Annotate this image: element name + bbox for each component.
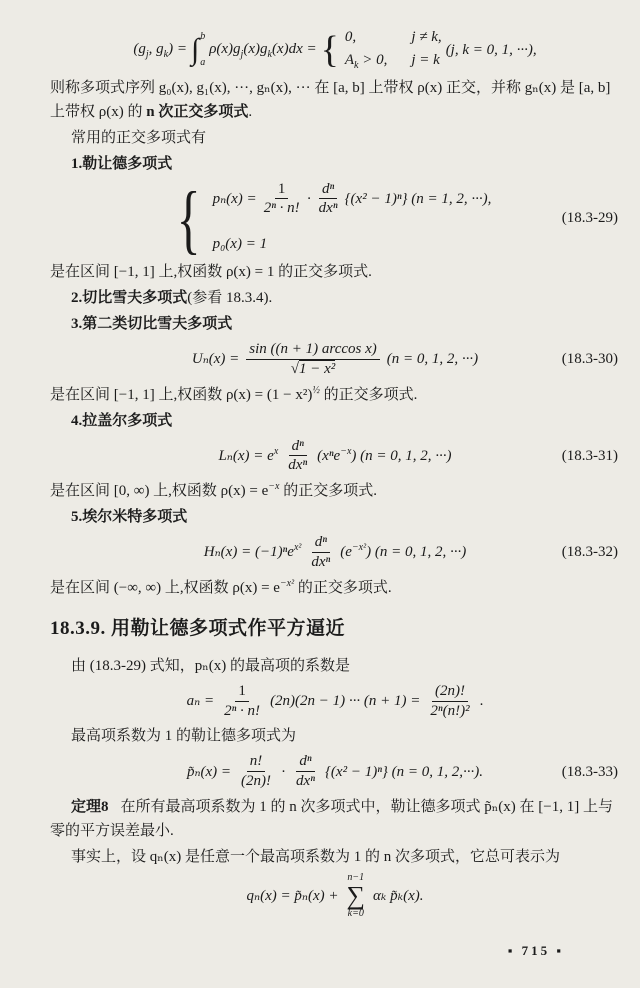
integral-limits: b a	[200, 32, 205, 68]
text-segment: 的正交多项式.	[294, 580, 392, 596]
fraction-numerator: n!	[247, 752, 266, 772]
text-segment: 的正交多项式.	[279, 483, 377, 499]
case1-value: 0,	[345, 28, 388, 48]
fraction-denominator: 2ⁿ(n!)²	[427, 702, 472, 721]
math-text: p̃ₙ(x) =	[187, 760, 231, 784]
item-chebyshev2-heading: 3.第二类切比雪夫多项式	[50, 312, 620, 336]
math-text: pₙ(x) =	[213, 187, 257, 211]
integral-lower-limit: a	[200, 58, 205, 68]
math-text: ) (n = 0, 1, 2, ···)	[351, 448, 451, 464]
exponent: ½	[312, 385, 320, 396]
fraction-denominator: dxⁿ	[308, 553, 333, 572]
fraction-numerator: dⁿ	[319, 180, 337, 200]
eq-lhs: (gj, gk) =	[133, 37, 187, 63]
math-text: Lₙ(x) = e	[218, 448, 273, 464]
fraction-derivative: dⁿdxⁿ	[285, 437, 310, 476]
cases-grid: 0, j ≠ k, Ak > 0, j = k	[345, 28, 442, 72]
item-laguerre-heading: 4.拉盖尔多项式	[50, 409, 620, 433]
math-text: Uₙ(x) =	[192, 347, 239, 371]
fraction-numerator: dⁿ	[289, 437, 307, 457]
math-text: > 0,	[359, 52, 388, 68]
section-heading-18-3-9: 18.3.9. 用勒让德多项式作平方逼近	[50, 614, 620, 644]
text-segment: 是在区间 [0, ∞) 上,权函数 ρ(x) = e	[50, 483, 268, 499]
paragraph-monic-legendre: 最高项系数为 1 的勒让德多项式为	[50, 724, 620, 748]
eq-row-pn: pₙ(x) = 12ⁿ · n! · dⁿdxⁿ {(x² − 1)ⁿ} (n …	[211, 180, 494, 219]
paragraph-after-laguerre: 是在区间 [0, ∞) 上,权函数 ρ(x) = e−x 的正交多项式.	[50, 479, 620, 503]
math-text: {(x² − 1)ⁿ} (n = 1, 2, ···),	[345, 187, 492, 211]
fraction-numerator: dⁿ	[312, 533, 330, 553]
paragraph-after-legendre: 是在区间 [−1, 1] 上,权函数 ρ(x) = 1 的正交多项式.	[50, 260, 620, 284]
multiplication-dot: ·	[307, 187, 312, 211]
fraction-derivative: dⁿdxⁿ	[308, 533, 333, 572]
equation-number: (18.3-32)	[562, 540, 618, 564]
fraction-numerator: (2n)!	[432, 682, 468, 702]
text-segment: 的正交多项式.	[320, 387, 418, 403]
fraction-un: sin ((n + 1) arccos x) √1 − x²	[246, 340, 379, 379]
system-brace: {	[177, 179, 201, 257]
summation: n−1 ∑ k=0	[346, 873, 365, 919]
equation-number: (18.3-29)	[562, 206, 618, 230]
eq-qn-representation: qₙ(x) = p̃ₙ(x) + n−1 ∑ k=0 αₖ p̃ₖ(x).	[50, 873, 620, 919]
fraction-numerator: sin ((n + 1) arccos x)	[246, 340, 379, 360]
fraction-coefficient: 12ⁿ · n!	[221, 682, 263, 721]
equation-number: (18.3-30)	[562, 347, 618, 371]
item-legendre-heading: 1.勒让德多项式	[50, 152, 620, 176]
math-run: (xⁿe−x) (n = 0, 1, 2, ···)	[317, 444, 451, 468]
fraction-result: (2n)!2ⁿ(n!)²	[427, 682, 472, 721]
exponent: −x²	[352, 542, 366, 553]
fraction-denominator: 2ⁿ · n!	[221, 702, 263, 721]
fraction-denominator: √1 − x²	[288, 360, 339, 379]
integral: ∫ b a	[191, 32, 205, 68]
math-text: αₖ p̃ₖ(x).	[373, 884, 423, 908]
radical-sign: √	[291, 361, 299, 377]
paragraph-common-polynomials: 常用的正交多项式有	[50, 126, 620, 150]
math-text: aₙ =	[187, 689, 214, 713]
eq-legendre-18-3-29: { pₙ(x) = 12ⁿ · n! · dⁿdxⁿ {(x² − 1)ⁿ} (…	[50, 180, 620, 257]
eq-integrand: ρ(x)gj(x)gk(x)dx =	[209, 37, 316, 63]
defined-term: n 次正交多项式	[146, 104, 248, 120]
fraction-denominator: (2n)!	[238, 772, 274, 791]
fraction-coefficient: n!(2n)!	[238, 752, 274, 791]
fraction-denominator: dxⁿ	[285, 456, 310, 475]
paragraph-after-hermite: 是在区间 (−∞, ∞) 上,权函数 ρ(x) = e−x² 的正交多项式.	[50, 576, 620, 600]
summation-sign-icon: ∑	[346, 883, 365, 909]
eq-monic-legendre-18-3-33: p̃ₙ(x) = n!(2n)! · dⁿdxⁿ {(x² − 1)ⁿ} (n …	[50, 752, 620, 791]
eq-index-range: (n = 0, 1, 2, ···)	[387, 347, 478, 371]
cases-brace: {	[321, 31, 339, 69]
eq-orthogonality-condition: (gj, gk) = ∫ b a ρ(x)gj(x)gk(x)dx = { 0,…	[50, 28, 620, 72]
fraction-denominator: dxⁿ	[316, 199, 341, 218]
eq-index-range: (j, k = 0, 1, ···),	[446, 38, 537, 62]
exponent: −x	[268, 481, 279, 492]
text-segment: 则称多项式序列 g₀(x), g₁(x), ···, gₙ(x), ··· 在 …	[50, 80, 610, 120]
math-text: (2n)(2n − 1) ··· (n + 1) =	[270, 689, 420, 713]
scanned-book-page: (gj, gk) = ∫ b a ρ(x)gj(x)gk(x)dx = { 0,…	[0, 0, 640, 988]
paragraph-leading-coefficient: 由 (18.3-29) 式知，pₙ(x) 的最高项的系数是	[50, 654, 620, 678]
eq-chebyshev2-18-3-30: Uₙ(x) = sin ((n + 1) arccos x) √1 − x² (…	[50, 340, 620, 379]
math-text: (xⁿe	[317, 448, 340, 464]
eq-row-p0: p₀(x) = 1	[211, 232, 494, 256]
math-text: {(x² − 1)ⁿ} (n = 0, 1, 2,···).	[325, 760, 483, 784]
text-segment: 是在区间 (−∞, ∞) 上,权函数 ρ(x) = e	[50, 580, 280, 596]
integral-upper-limit: b	[200, 32, 205, 42]
math-text: Hₙ(x) = (−1)ⁿe	[204, 544, 294, 560]
paragraph-in-fact: 事实上，设 qₙ(x) 是任意一个最高项系数为 1 的 n 次多项式，它总可表示…	[50, 845, 620, 869]
eq-hermite-18-3-32: Hₙ(x) = (−1)ⁿex² dⁿdxⁿ (e−x²) (n = 0, 1,…	[50, 533, 620, 572]
fraction-denominator: 2ⁿ · n!	[261, 199, 303, 218]
math-run: Hₙ(x) = (−1)ⁿex²	[204, 540, 302, 564]
fraction-numerator: dⁿ	[296, 752, 314, 772]
math-text: (x)dx =	[272, 41, 317, 57]
summation-lower-limit: k=0	[348, 909, 364, 919]
math-run: Lₙ(x) = ex	[218, 444, 278, 468]
theorem-body: 在所有最高项系数为 1 的 n 次多项式中，勒让德多项式 p̃ₙ(x) 在 [−…	[50, 799, 613, 839]
math-text: ) (n = 0, 1, 2, ···)	[366, 544, 466, 560]
paragraph-orthogonal-definition: 则称多项式序列 g₀(x), g₁(x), ···, gₙ(x), ··· 在 …	[50, 76, 620, 124]
period: .	[480, 689, 484, 713]
text-segment: 是在区间 [−1, 1] 上,权函数 ρ(x) = (1 − x²)	[50, 387, 312, 403]
math-text: (x)g	[243, 41, 267, 57]
math-text: ) =	[168, 41, 187, 57]
equation-number: (18.3-31)	[562, 444, 618, 468]
fraction-coefficient: 12ⁿ · n!	[261, 180, 303, 219]
exponent: −x	[340, 446, 351, 457]
math-text: p₀(x) = 1	[213, 232, 268, 256]
math-text: ρ(x)g	[209, 41, 240, 57]
math-text: (g	[133, 41, 146, 57]
multiplication-dot: ·	[281, 760, 286, 784]
paragraph-after-chebyshev2: 是在区间 [−1, 1] 上,权函数 ρ(x) = (1 − x²)½ 的正交多…	[50, 383, 620, 407]
paragraph-theorem-8: 定理8在所有最高项系数为 1 的 n 次多项式中，勒让德多项式 p̃ₙ(x) 在…	[50, 795, 620, 843]
math-run: (e−x²) (n = 0, 1, 2, ···)	[340, 540, 466, 564]
math-text: qₙ(x) = p̃ₙ(x) +	[247, 884, 339, 908]
cross-reference: (参看 18.3.4).	[187, 290, 272, 306]
case2-value: Ak > 0,	[345, 51, 388, 72]
theorem-label: 定理8	[71, 799, 109, 815]
radicand: 1 − x²	[299, 360, 335, 377]
math-text: , g	[149, 41, 164, 57]
eq-rows: pₙ(x) = 12ⁿ · n! · dⁿdxⁿ {(x² − 1)ⁿ} (n …	[211, 180, 494, 257]
fraction-denominator: dxⁿ	[293, 772, 318, 791]
item-label: 2.切比雪夫多项式	[71, 290, 187, 306]
math-text: A	[345, 52, 354, 68]
page-number: ▪ 715 ▪	[508, 941, 564, 962]
math-text: (e	[340, 544, 352, 560]
item-hermite-heading: 5.埃尔米特多项式	[50, 505, 620, 529]
text-segment: .	[248, 104, 252, 120]
fraction-derivative: dⁿdxⁿ	[293, 752, 318, 791]
integral-sign-icon: ∫	[191, 35, 199, 65]
equation-number: (18.3-33)	[562, 760, 618, 784]
fraction-derivative: dⁿdxⁿ	[316, 180, 341, 219]
fraction-numerator: 1	[235, 682, 249, 702]
eq-laguerre-18-3-31: Lₙ(x) = ex dⁿdxⁿ (xⁿe−x) (n = 0, 1, 2, ·…	[50, 437, 620, 476]
fraction-numerator: 1	[275, 180, 289, 200]
exponent: x²	[294, 542, 301, 553]
item-chebyshev-heading: 2.切比雪夫多项式(参看 18.3.4).	[50, 286, 620, 310]
exponent: −x²	[280, 578, 294, 589]
case2-condition: j = k	[411, 51, 441, 72]
case1-condition: j ≠ k,	[411, 28, 441, 48]
exponent: x	[274, 446, 278, 457]
eq-leading-coefficient: aₙ = 12ⁿ · n! (2n)(2n − 1) ··· (n + 1) =…	[50, 682, 620, 721]
